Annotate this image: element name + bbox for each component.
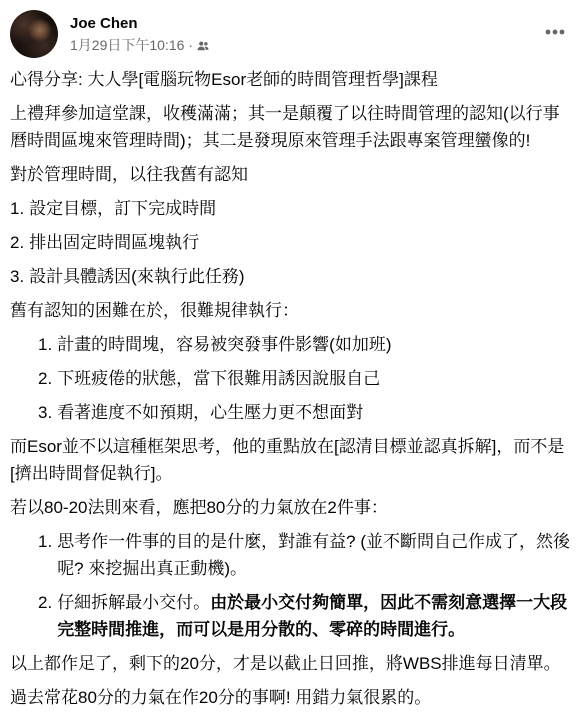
friends-icon — [197, 40, 209, 52]
post-paragraph: 舊有認知的困難在於，很難規律執行： — [10, 297, 573, 324]
list-item: 1. 設定目標，訂下完成時間 — [10, 195, 573, 222]
list-item-number: 3. — [10, 263, 24, 290]
meta-separator: · — [188, 36, 193, 55]
avatar[interactable] — [10, 10, 58, 58]
post-paragraph: 而Esor並不以這種框架思考，他的重點放在[認清目標並認真拆解]，而不是[擠出時… — [10, 433, 573, 487]
list-item: 1. 思考作一件事的目的是什麼，對誰有益? (並不斷問自己作成了，然後呢? 來挖… — [38, 528, 573, 582]
list-item-number: 1. — [10, 195, 24, 222]
eighty-twenty-list: 1. 思考作一件事的目的是什麼，對誰有益? (並不斷問自己作成了，然後呢? 來挖… — [10, 528, 573, 643]
post-menu-button[interactable] — [539, 16, 571, 48]
post-paragraph: 上禮拜參加這堂課，收穫滿滿；其一是顛覆了以往時間管理的認知(以行事曆時間區塊來管… — [10, 100, 573, 154]
post-title-line: 心得分享: 大人學[電腦玩物Esor老師的時間管理哲學]課程 — [10, 66, 573, 93]
list-item-text-normal: 仔細拆解最小交付。 — [57, 593, 210, 612]
list-item-number: 1. — [38, 331, 52, 358]
post-paragraph: 對於管理時間，以往我舊有認知 — [10, 161, 573, 188]
list-item-text: 看著進度不如預期，心生壓力更不想面對 — [57, 399, 573, 426]
list-item-text: 思考作一件事的目的是什麼，對誰有益? (並不斷問自己作成了，然後呢? 來挖掘出真… — [57, 528, 573, 582]
list-item-text: 下班疲倦的狀態，當下很難用誘因說服自己 — [57, 365, 573, 392]
list-item-text: 設定目標，訂下完成時間 — [29, 195, 573, 222]
facebook-post: Joe Chen 1月29日下午10:16 · — [0, 0, 587, 727]
list-item-text: 仔細拆解最小交付。由於最小交付夠簡單，因此不需刻意選擇一大段完整時間推進，而可以… — [57, 589, 573, 643]
ellipsis-icon — [545, 29, 565, 35]
list-item-text: 排出固定時間區塊執行 — [29, 229, 573, 256]
post-header: Joe Chen 1月29日下午10:16 · — [0, 0, 587, 62]
post-meta: 1月29日下午10:16 · — [70, 36, 539, 55]
list-item-number: 2. — [38, 589, 52, 643]
list-item-number: 1. — [38, 528, 52, 582]
list-item-number: 3. — [38, 399, 52, 426]
list-item: 3. 看著進度不如預期，心生壓力更不想面對 — [38, 399, 573, 426]
list-item: 1. 計畫的時間塊，容易被突發事件影響(如加班) — [38, 331, 573, 358]
author-name[interactable]: Joe Chen — [70, 14, 539, 34]
list-item-text-normal: 思考作一件事的目的是什麼，對誰有益? (並不斷問自己作成了，然後呢? 來挖掘出真… — [57, 532, 570, 578]
post-body: 心得分享: 大人學[電腦玩物Esor老師的時間管理哲學]課程 上禮拜參加這堂課，… — [0, 62, 587, 711]
list-item: 3. 設計具體誘因(來執行此任務) — [10, 263, 573, 290]
post-paragraph: 若以80-20法則來看，應把80分的力氣放在2件事： — [10, 494, 573, 521]
list-item: 2. 仔細拆解最小交付。由於最小交付夠簡單，因此不需刻意選擇一大段完整時間推進，… — [38, 589, 573, 643]
difficulties-list: 1. 計畫的時間塊，容易被突發事件影響(如加班) 2. 下班疲倦的狀態，當下很難… — [10, 331, 573, 426]
old-mindset-list: 1. 設定目標，訂下完成時間 2. 排出固定時間區塊執行 3. 設計具體誘因(來… — [10, 195, 573, 290]
list-item-number: 2. — [10, 229, 24, 256]
list-item-text: 設計具體誘因(來執行此任務) — [29, 263, 573, 290]
list-item: 2. 下班疲倦的狀態，當下很難用誘因說服自己 — [38, 365, 573, 392]
list-item-number: 2. — [38, 365, 52, 392]
timestamp[interactable]: 1月29日下午10:16 — [70, 36, 184, 55]
list-item: 2. 排出固定時間區塊執行 — [10, 229, 573, 256]
post-paragraph: 以上都作足了，剩下的20分，才是以截止日回推，將WBS排進每日清單。 — [10, 650, 573, 677]
list-item-text: 計畫的時間塊，容易被突發事件影響(如加班) — [57, 331, 573, 358]
post-paragraph: 過去常花80分的力氣在作20分的事啊! 用錯力氣很累的。 — [10, 684, 573, 711]
post-header-info: Joe Chen 1月29日下午10:16 · — [70, 10, 539, 55]
